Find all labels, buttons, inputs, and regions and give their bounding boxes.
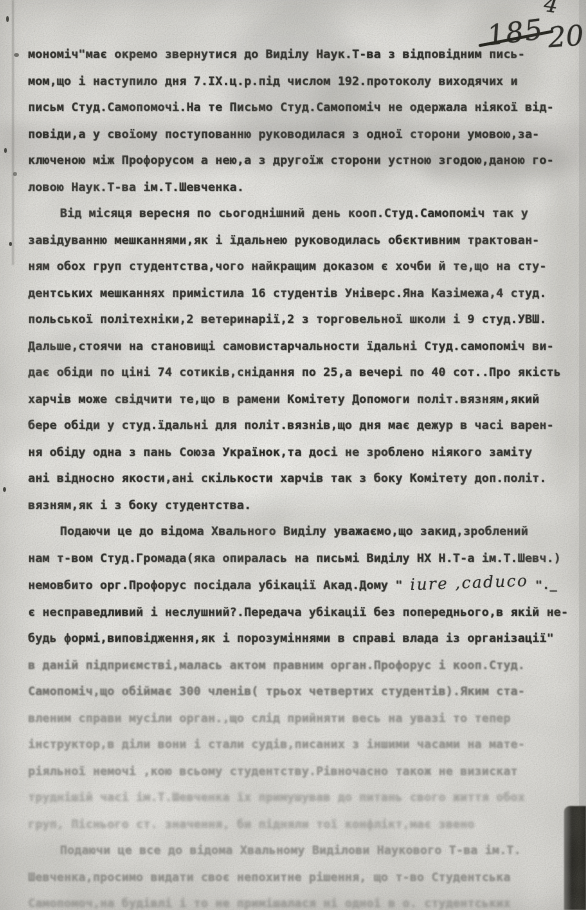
typewritten-line: завідуванню мешканнями,як і їдальнею рук… — [28, 227, 578, 254]
typewritten-line: немовбито орг.Профорус посідала убікації… — [28, 571, 578, 599]
typewritten-line: ріяльної немочі ,кою всьому студентству.… — [28, 758, 578, 785]
typewritten-line: ням обох груп студентства,чого найкращим… — [28, 253, 578, 280]
typewritten-line: вленим справи мусіли орган.,що слід прий… — [28, 705, 578, 732]
document-page: мономіч"має окремо звернутися до Виділу … — [0, 0, 586, 910]
typewritten-line: труднішій часі ім.Т.Шевченка їх примушув… — [28, 784, 578, 811]
typewritten-line: є несправедливий і неслушний?.Передача у… — [28, 599, 578, 626]
typewritten-text: мономіч"має окремо звернутися до Виділу … — [0, 0, 586, 910]
typewritten-line: в даній підприємстві,малась актом правни… — [28, 652, 578, 679]
typewritten-line: польської політехніки,2 ветеринарії,2 з … — [28, 306, 578, 333]
typewritten-line: Подаючи це до відома Хвального Виділу ув… — [28, 518, 578, 545]
typewritten-line: ані відносно якости,ані скількости харчі… — [28, 465, 578, 492]
typewritten-line: будь формі,виповідження,як і порозуміння… — [28, 625, 578, 652]
typewritten-line: ловою Наук.Т-ва ім.Т.Шевченка. — [28, 174, 578, 201]
handwritten-crossed-number: 185 — [485, 13, 545, 53]
typewritten-line: мом,що і наступило дня 7.ІХ.ц.р.під числ… — [28, 68, 578, 95]
typewritten-line: повіди,а у своїому поступованню руководи… — [28, 121, 578, 148]
handwritten-page-number: 20 — [547, 19, 585, 54]
typewritten-line: Подаючи це все до відома Хвальному Виділ… — [28, 837, 578, 864]
typewritten-line: дає обіди по ціні 74 сотиків,снідання по… — [28, 359, 578, 386]
paragraph: Подаючи це все до відома Хвальному Виділ… — [28, 837, 578, 910]
paragraph: Подаючи це до відома Хвального Виділу ув… — [28, 518, 578, 837]
paragraph: мономіч"має окремо звернутися до Виділу … — [28, 41, 578, 200]
typewritten-line: дентських мешканнях примістила 16 студен… — [28, 280, 578, 307]
typewritten-line: Самопомоч,на будівлі і то не примішалася… — [28, 890, 578, 910]
typewritten-line: нам т-вом Студ.Громада(яка опиралась на … — [28, 545, 578, 572]
typewritten-line: груп, Піснього ст. значення, би підняли … — [28, 811, 578, 838]
typewritten-line: вязням,як і з боку студентства. — [28, 492, 578, 519]
typewritten-line: харчів може свідчити те,що в рамени Комі… — [28, 386, 578, 413]
typewritten-line: Від місяця вересня по сьогоднішний день … — [28, 200, 578, 227]
typewritten-segment: "._ — [528, 578, 557, 592]
inline-latin-handwriting: iure ,caduco — [409, 568, 528, 599]
typewritten-line: Самопоміч,що обіймає 300 членів( трьох ч… — [28, 678, 578, 705]
typewritten-line: Дальше,стоячи на становищі самовистарчал… — [28, 333, 578, 360]
typewritten-line: бере обіди у студ.їдальні для політ.вязн… — [28, 412, 578, 439]
typewritten-line: письм Студ.Самопомочі.На те Письмо Студ.… — [28, 94, 578, 121]
typewritten-line: Шевченка,просимо видати своє непохитне р… — [28, 864, 578, 891]
typewritten-segment: немовбито орг.Профорус посідала убікації… — [28, 578, 410, 592]
paragraph: Від місяця вересня по сьогоднішний день … — [28, 200, 578, 518]
typewritten-line: ключеною між Профорусом а нею,а з другої… — [28, 147, 578, 174]
typewritten-line: ня обіду одна з пань Союза Українок,та д… — [28, 439, 578, 466]
typewritten-line: інструктор,в діли вони і стали судів,пис… — [28, 731, 578, 758]
